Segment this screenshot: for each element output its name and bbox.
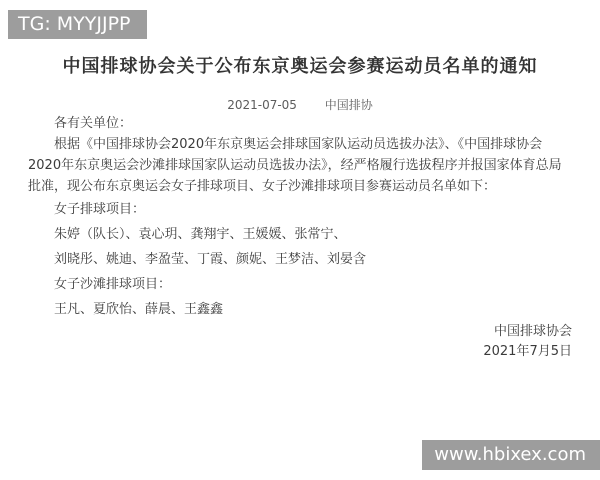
athlete-names-line: 王凡、夏欣怡、薛晨、王鑫鑫 bbox=[28, 297, 572, 322]
section-heading-volleyball: 女子排球项目： bbox=[28, 197, 572, 222]
signature-date: 2021年7月5日 bbox=[28, 342, 572, 362]
athlete-names-line: 朱婷（队长）、袁心玥、龚翔宇、王媛媛、张常宁、 bbox=[28, 222, 572, 247]
athlete-names-line: 刘晓彤、姚迪、李盈莹、丁霞、颜妮、王梦洁、刘晏含 bbox=[28, 247, 572, 272]
publisher: 中国排协 bbox=[325, 98, 373, 112]
telegram-watermark-badge: TG: MYYJJPP bbox=[8, 10, 147, 39]
publish-date: 2021-07-05 bbox=[227, 98, 297, 112]
notice-document: 中国排球协会关于公布东京奥运会参赛运动员名单的通知 2021-07-05 中国排… bbox=[0, 54, 600, 362]
notice-title: 中国排球协会关于公布东京奥运会参赛运动员名单的通知 bbox=[28, 54, 572, 80]
section-heading-beach-volleyball: 女子沙滩排球项目： bbox=[28, 272, 572, 297]
site-watermark-badge: www.hbixex.com bbox=[422, 440, 600, 470]
signature-org: 中国排球协会 bbox=[28, 322, 572, 342]
notice-body: 各有关单位： 根据《中国排球协会2020年东京奥运会排球国家队运动员选拔办法》、… bbox=[28, 113, 572, 362]
notice-meta: 2021-07-05 中国排协 bbox=[28, 96, 572, 113]
notice-paragraph: 根据《中国排球协会2020年东京奥运会排球国家队运动员选拔办法》、《中国排球协会… bbox=[28, 134, 572, 197]
salutation: 各有关单位： bbox=[28, 113, 572, 134]
notice-page: TG: MYYJJPP 中国排球协会关于公布东京奥运会参赛运动员名单的通知 20… bbox=[0, 0, 600, 480]
